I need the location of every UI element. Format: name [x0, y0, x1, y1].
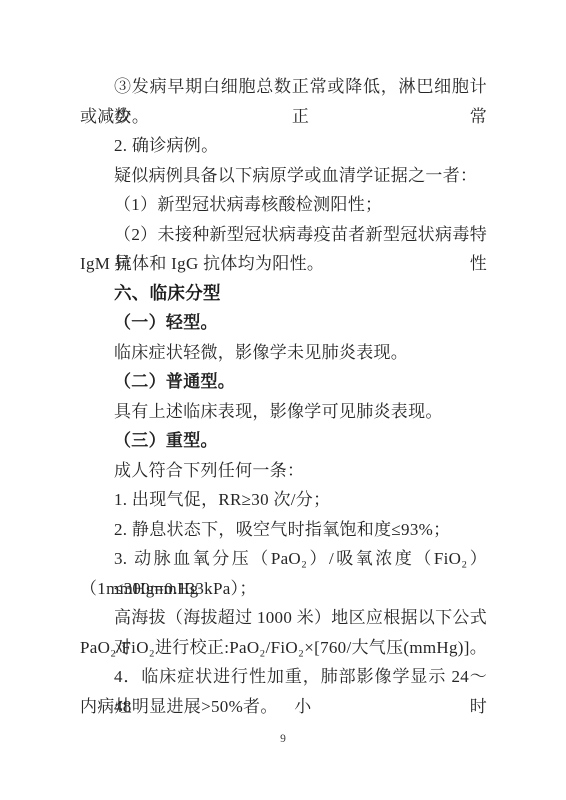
section-heading: 六、临床分型 [80, 279, 487, 309]
paragraph-line: 疑似病例具备以下病原学或血清学证据之一者： [80, 161, 487, 191]
page-number: 9 [0, 733, 566, 745]
list-item: （1）新型冠状病毒核酸检测阳性； [80, 190, 487, 220]
numbered-item: 3. 动脉血氧分压（PaO₂）/吸氧浓度（FiO₂）≤300mmHg [80, 544, 487, 574]
document-page: ③发病早期白细胞总数正常或降低，淋巴细胞计数正常 或减少。 2. 确诊病例。 疑… [0, 0, 566, 800]
document-body: ③发病早期白细胞总数正常或降低，淋巴细胞计数正常 或减少。 2. 确诊病例。 疑… [80, 72, 487, 721]
numbered-item: 1. 出现气促，RR≥30 次/分； [80, 485, 487, 515]
numbered-item: 4．临床症状进行性加重，肺部影像学显示 24～48 小时 [80, 662, 487, 692]
paragraph-line: 成人符合下列任何一条： [80, 456, 487, 486]
list-item: （2）未接种新型冠状病毒疫苗者新型冠状病毒特异性 [80, 220, 487, 250]
paragraph-line: 高海拔（海拔超过 1000 米）地区应根据以下公式对 [80, 603, 487, 633]
paragraph-line: ③发病早期白细胞总数正常或降低，淋巴细胞计数正常 [80, 72, 487, 102]
paragraph-line: PaO₂/FiO₂进行校正:PaO₂/FiO₂×[760/大气压(mmHg)]。 [80, 633, 487, 663]
paragraph-line: 具有上述临床表现，影像学可见肺炎表现。 [80, 397, 487, 427]
subsection-heading: （一）轻型。 [80, 308, 487, 338]
numbered-item: 2. 确诊病例。 [80, 131, 487, 161]
subsection-heading: （三）重型。 [80, 426, 487, 456]
paragraph-line: （1mmHg=0.133kPa）； [80, 574, 487, 604]
numbered-item: 2. 静息状态下，吸空气时指氧饱和度≤93%； [80, 515, 487, 545]
paragraph-line: 临床症状轻微，影像学未见肺炎表现。 [80, 338, 487, 368]
subsection-heading: （二）普通型。 [80, 367, 487, 397]
